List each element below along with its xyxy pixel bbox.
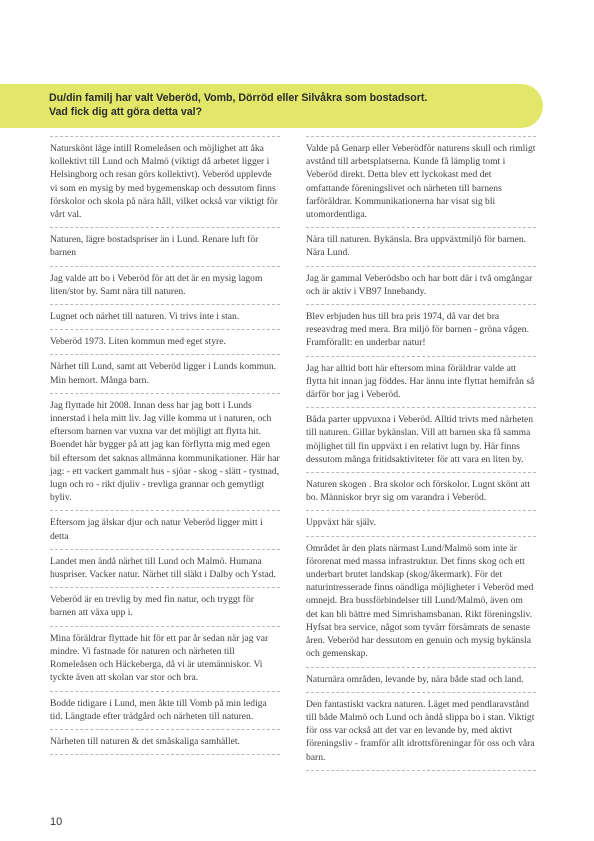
answer-entry: Jag är gammal Veberödsbo och har bott dä… xyxy=(306,267,536,305)
answer-entry: Båda parter uppvuxna i Veberöd. Alltid t… xyxy=(306,408,536,473)
answer-entry: Naturnära områden, levande by, nära både… xyxy=(306,668,536,693)
answer-entry: Naturen, lägre bostadspriser än i Lund. … xyxy=(50,228,280,266)
answer-entry: Naturskönt läge intill Romeleåsen och mö… xyxy=(50,137,280,228)
answer-entry: Bodde tidigare i Lund, men åkte till Vom… xyxy=(50,692,280,730)
answer-entry: Uppväxt här själv. xyxy=(306,511,536,536)
page-number: 10 xyxy=(50,816,62,828)
answer-entry: Eftersom jag älskar djur och natur Veber… xyxy=(50,511,280,549)
answer-entry: Närhet till Lund, samt att Veberöd ligge… xyxy=(50,355,280,393)
answer-entry: Området är den plats närmast Lund/Malmö … xyxy=(306,537,536,668)
answer-entry: Lugnet och närhet till naturen. Vi trivs… xyxy=(50,305,280,330)
question-line-2: Vad fick dig att göra detta val? xyxy=(49,105,509,119)
left-answers-column: Naturskönt läge intill Romeleåsen och mö… xyxy=(50,136,280,755)
answer-entry: Jag flyttade hit 2008. Innan dess har ja… xyxy=(50,394,280,512)
answer-entry: Valde på Genarp eller Veberödför naturen… xyxy=(306,137,536,228)
answer-entry: Nära till naturen. Bykänsla. Bra uppväxt… xyxy=(306,228,536,266)
answer-entry: Närheten till naturen & det småskaliga s… xyxy=(50,730,280,755)
answer-entry: Den fantastiskt vackra naturen. Läget me… xyxy=(306,693,536,771)
answer-entry: Veberöd är en trevlig by med fin natur, … xyxy=(50,588,280,626)
answer-entry: Naturen skogen . Bra skolor och förskolo… xyxy=(306,473,536,511)
answer-entry: Jag har alltid bott här eftersom mina fö… xyxy=(306,357,536,409)
question-line-1: Du/din familj har valt Veberöd, Vomb, Dö… xyxy=(49,91,509,105)
answer-entry: Mina föräldrar flyttade hit för ett par … xyxy=(50,627,280,692)
question-heading: Du/din familj har valt Veberöd, Vomb, Dö… xyxy=(49,91,509,119)
answer-entry: Veberöd 1973. Liten kommun med eget styr… xyxy=(50,330,280,355)
answer-entry: Landet men ändå närhet till Lund och Mal… xyxy=(50,550,280,588)
answer-entry: Jag valde att bo i Veberöd för att det ä… xyxy=(50,267,280,305)
question-banner: Du/din familj har valt Veberöd, Vomb, Dö… xyxy=(0,84,543,128)
answer-entry: Blev erbjuden hus till bra pris 1974, då… xyxy=(306,305,536,357)
right-answers-column: Valde på Genarp eller Veberödför naturen… xyxy=(306,136,536,771)
